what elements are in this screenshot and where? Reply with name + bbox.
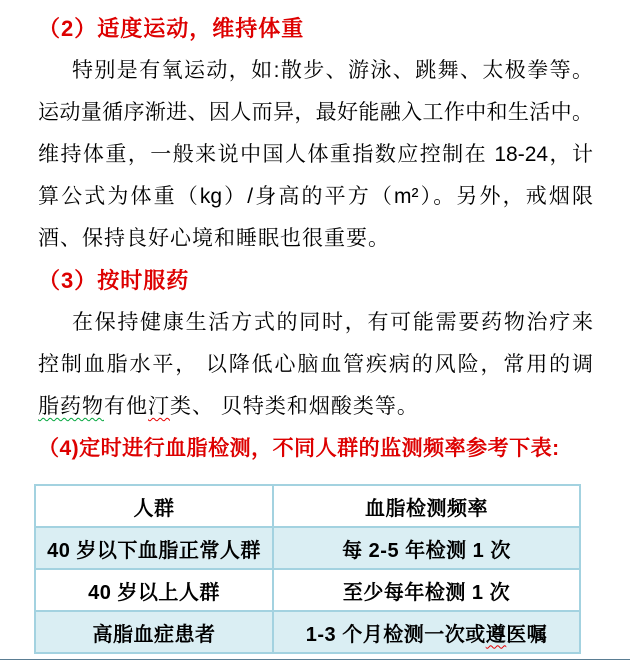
section-heading-4: （4)定时进行血脂检测，不同人群的监测频率参考下表: bbox=[38, 428, 593, 470]
cell-group-over-40: 40 岁以上人群 bbox=[35, 569, 273, 611]
freq-text-tail: 医嘱 bbox=[506, 624, 547, 646]
paragraph-3-line-3-mid: 有他 bbox=[104, 395, 148, 418]
header-cell-group: 人群 bbox=[35, 485, 273, 527]
cell-freq-hyperlipidemia: 1-3 个月检测一次或遵医嘱 bbox=[273, 611, 580, 653]
freq-text-head: 1-3 个月检测一次或 bbox=[306, 624, 486, 646]
spellcheck-green-word: 脂药物 bbox=[38, 395, 104, 418]
paragraph-3-line-3: 脂药物有他汀类、 贝特类和烟酸类等。 bbox=[38, 386, 593, 428]
spellcheck-red-word: 遵 bbox=[486, 624, 507, 646]
paragraph-3-line-3-tail: 类、 贝特类和烟酸类等。 bbox=[170, 395, 419, 418]
document-page: （2）适度运动，维持体重 特别是有氧运动，如:散步、游泳、跳舞、太极拳等。 运动… bbox=[0, 0, 630, 660]
paragraph-2-line-4: 算公式为体重（kg）/身高的平方（m²）。另外，戒烟限 bbox=[38, 176, 593, 218]
cell-freq-under-40: 每 2-5 年检测 1 次 bbox=[273, 527, 580, 569]
cell-freq-over-40: 至少每年检测 1 次 bbox=[273, 569, 580, 611]
paragraph-3-line-1: 在保持健康生活方式的同时，有可能需要药物治疗来 bbox=[38, 302, 593, 344]
paragraph-2-line-2: 运动量循序渐进、因人而异，最好能融入工作中和生活中。 bbox=[38, 92, 593, 134]
spellcheck-red-word: 汀 bbox=[148, 395, 170, 418]
table-header-row: 人群 血脂检测频率 bbox=[35, 485, 580, 527]
table-row: 高脂血症患者 1-3 个月检测一次或遵医嘱 bbox=[35, 611, 580, 653]
paragraph-2-line-3: 维持体重，一般来说中国人体重指数应控制在 18-24，计 bbox=[38, 134, 593, 176]
section-heading-3: （3）按时服药 bbox=[38, 260, 593, 302]
cell-group-hyperlipidemia: 高脂血症患者 bbox=[35, 611, 273, 653]
paragraph-2-line-5: 酒、保持良好心境和睡眠也很重要。 bbox=[38, 218, 593, 260]
table-row: 40 岁以下血脂正常人群 每 2-5 年检测 1 次 bbox=[35, 527, 580, 569]
header-cell-frequency: 血脂检测频率 bbox=[273, 485, 580, 527]
section-heading-2: （2）适度运动，维持体重 bbox=[38, 8, 593, 50]
table-row: 40 岁以上人群 至少每年检测 1 次 bbox=[35, 569, 580, 611]
lipid-test-frequency-table: 人群 血脂检测频率 40 岁以下血脂正常人群 每 2-5 年检测 1 次 40 … bbox=[34, 484, 581, 654]
paragraph-2-line-1: 特别是有氧运动，如:散步、游泳、跳舞、太极拳等。 bbox=[38, 50, 593, 92]
cell-group-under-40: 40 岁以下血脂正常人群 bbox=[35, 527, 273, 569]
paragraph-3-line-2: 控制血脂水平， 以降低心脑血管疾病的风险，常用的调 bbox=[38, 344, 593, 386]
